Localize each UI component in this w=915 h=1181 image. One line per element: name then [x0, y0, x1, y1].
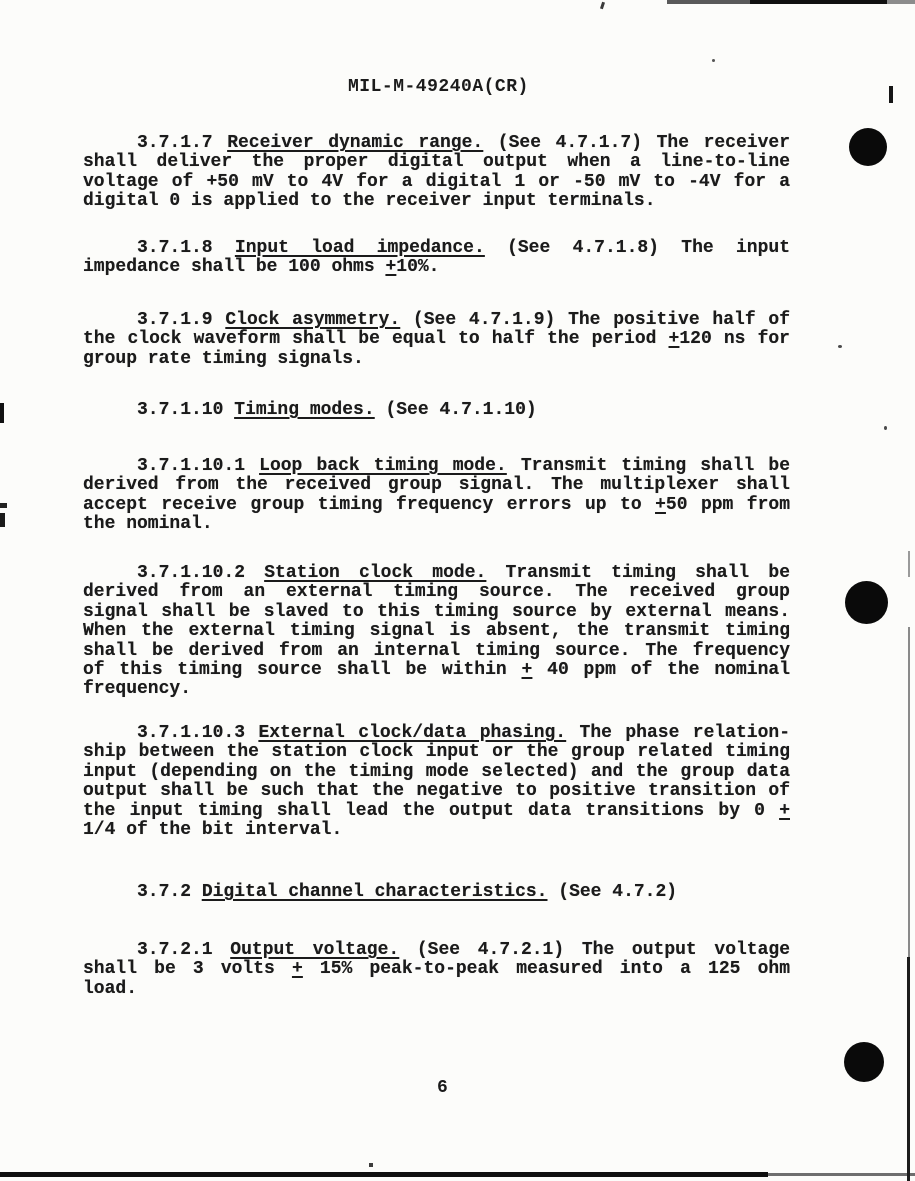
- text-line: frequency.: [83, 680, 790, 699]
- text-line: shall deliver the proper digital output …: [83, 153, 790, 172]
- paragraph-3.7.2.1: 3.7.2.1 Output voltage. (See 4.7.2.1) Th…: [83, 941, 790, 999]
- text-line: shall be 3 volts + 15% peak-to-peak meas…: [83, 960, 790, 979]
- right-margin-mark: [889, 86, 893, 103]
- scan-edge-line-top: [667, 0, 750, 4]
- text-line: 3.7.1.9 Clock asymmetry. (See 4.7.1.9) T…: [83, 311, 790, 330]
- left-margin-mark-1: [0, 403, 4, 423]
- scan-edge-line-right-lower: [907, 957, 910, 1181]
- paragraph-3.7.1.7: 3.7.1.7 Receiver dynamic range. (See 4.7…: [83, 134, 790, 212]
- paragraph-3.7.1.10.2: 3.7.1.10.2 Station clock mode. Transmit …: [83, 564, 790, 700]
- text-line: 3.7.2.1 Output voltage. (See 4.7.2.1) Th…: [83, 941, 790, 960]
- text-line: derived from the received group signal. …: [83, 476, 790, 495]
- text-line: When the external timing signal is absen…: [83, 622, 790, 641]
- scan-speck-2: [712, 59, 715, 62]
- text-line: 3.7.1.10 Timing modes. (See 4.7.1.10): [83, 401, 790, 420]
- text-line: derived from an external timing source. …: [83, 583, 790, 602]
- text-line: ship between the station clock input or …: [83, 743, 790, 762]
- hole-punch-mark-top: [849, 128, 887, 166]
- text-line: shall be derived from an internal timing…: [83, 642, 790, 661]
- text-line: 3.7.1.8 Input load impedance. (See 4.7.1…: [83, 239, 790, 258]
- scan-speck-3: [838, 345, 842, 348]
- paragraph-3.7.1.10: 3.7.1.10 Timing modes. (See 4.7.1.10): [83, 401, 790, 420]
- text-line: voltage of +50 mV to 4V for a digital 1 …: [83, 173, 790, 192]
- paragraph-3.7.1.9: 3.7.1.9 Clock asymmetry. (See 4.7.1.9) T…: [83, 311, 790, 369]
- text-line: output shall be such that the negative t…: [83, 782, 790, 801]
- paragraph-3.7.1.10.3: 3.7.1.10.3 External clock/data phasing. …: [83, 724, 790, 840]
- text-line: 3.7.2 Digital channel characteristics. (…: [83, 883, 790, 902]
- scan-edge-line-right-upper: [908, 551, 910, 577]
- document-text: 3.7.1.7 Receiver dynamic range. (See 4.7…: [83, 0, 790, 1181]
- hole-punch-mark-bottom: [844, 1042, 884, 1082]
- scan-edge-line-top-light: [887, 0, 915, 4]
- text-line: 3.7.1.7 Receiver dynamic range. (See 4.7…: [83, 134, 790, 153]
- text-line: the clock waveform shall be equal to hal…: [83, 330, 790, 349]
- page-number: 6: [437, 1079, 448, 1098]
- paragraph-3.7.1.8: 3.7.1.8 Input load impedance. (See 4.7.1…: [83, 239, 790, 278]
- text-line: 3.7.1.10.1 Loop back timing mode. Transm…: [83, 457, 790, 476]
- scan-speck-5: [369, 1163, 373, 1167]
- text-line: input (depending on the timing mode sele…: [83, 763, 790, 782]
- hole-punch-mark-middle: [845, 581, 888, 624]
- text-line: signal shall be slaved to this timing so…: [83, 603, 790, 622]
- text-line: accept receive group timing frequency er…: [83, 496, 790, 515]
- text-line: 1/4 of the bit interval.: [83, 821, 790, 840]
- text-line: digital 0 is applied to the receiver inp…: [83, 192, 790, 211]
- text-line: group rate timing signals.: [83, 350, 790, 369]
- scan-edge-line-bottom-light: [768, 1173, 915, 1176]
- text-line: the nominal.: [83, 515, 790, 534]
- left-margin-mark-3: [0, 513, 5, 527]
- paragraph-3.7.2: 3.7.2 Digital channel characteristics. (…: [83, 883, 790, 902]
- text-line: of this timing source shall be within + …: [83, 661, 790, 680]
- scan-edge-line-right-middle: [908, 627, 910, 957]
- paragraph-3.7.1.10.1: 3.7.1.10.1 Loop back timing mode. Transm…: [83, 457, 790, 535]
- text-line: the input timing shall lead the output d…: [83, 802, 790, 821]
- text-line: 3.7.1.10.2 Station clock mode. Transmit …: [83, 564, 790, 583]
- scanned-page: { "document": { "header": "MIL-M-49240A(…: [0, 0, 915, 1181]
- left-margin-mark-2: [0, 503, 7, 508]
- scan-edge-line-bottom: [0, 1172, 768, 1177]
- text-line: load.: [83, 980, 790, 999]
- scan-edge-line-top-dark: [750, 0, 887, 4]
- text-line: 3.7.1.10.3 External clock/data phasing. …: [83, 724, 790, 743]
- text-line: impedance shall be 100 ohms +10%.: [83, 258, 790, 277]
- scan-speck-4: [884, 426, 887, 430]
